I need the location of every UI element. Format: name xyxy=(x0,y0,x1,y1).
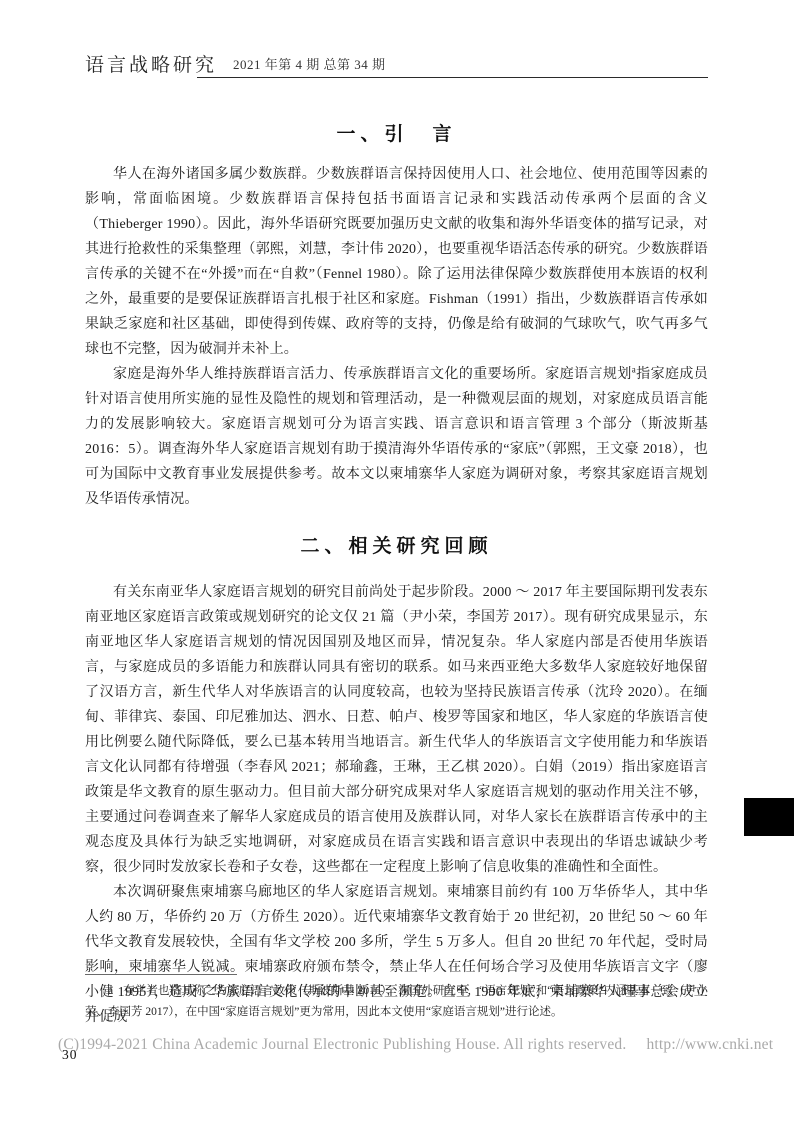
header-rule xyxy=(197,77,708,78)
journal-article-page: 语言战略研究2021 年第 4 期 总第 34 期 一、引 言 华人在海外诸国多… xyxy=(0,0,794,1123)
copyright-text: (C)1994-2021 China Academic Journal Elec… xyxy=(58,1036,626,1053)
article-body: 一、引 言 华人在海外诸国多属少数族群。少数族群语言保持因使用人口、社会地位、使… xyxy=(85,100,708,1030)
page-edge-black-mark xyxy=(744,798,794,836)
intro-paragraph-2: 家庭是海外华人维持族群语言活力、传承族群语言文化的重要场所。家庭语言规划a指家庭… xyxy=(85,362,708,512)
footnote: a有学者也将其称之为家庭语言政策（斯波斯基 2016），在国外研究中，“语言规划… xyxy=(85,981,708,1023)
section-heading-introduction: 一、引 言 xyxy=(85,121,708,149)
review-paragraph-1: 有关东南亚华人家庭语言规划的研究目前尚处于起步阶段。2000 ～ 2017 年主… xyxy=(85,580,708,880)
intro-paragraph-2-text-cont: 指家庭成员针对语言使用所实施的显性及隐性的规划和管理活动，是一种微观层面的规划，… xyxy=(85,367,708,507)
section-heading-review: 二、相关研究回顾 xyxy=(85,533,708,561)
footnote-text: 有学者也将其称之为家庭语言政策（斯波斯基 2016），在国外研究中，“语言规划”… xyxy=(85,985,708,1018)
footnote-separator xyxy=(85,974,237,975)
journal-title: 语言战略研究 xyxy=(85,50,217,77)
issue-info: 2021 年第 4 期 总第 34 期 xyxy=(233,54,386,73)
intro-paragraph-2-text: 家庭是海外华人维持族群语言活力、传承族群语言文化的重要场所。家庭语言规划 xyxy=(113,367,632,382)
intro-paragraph-1: 华人在海外诸国多属少数族群。少数族群语言保持因使用人口、社会地位、使用范围等因素… xyxy=(85,162,708,362)
page-header: 语言战略研究2021 年第 4 期 总第 34 期 xyxy=(85,50,708,80)
footer-url: http://www.cnki.net xyxy=(646,1036,773,1053)
page-number: 30 xyxy=(62,1047,78,1063)
footer-watermark: (C)1994-2021 China Academic Journal Elec… xyxy=(58,1036,778,1054)
footnote-marker: a xyxy=(108,985,113,997)
